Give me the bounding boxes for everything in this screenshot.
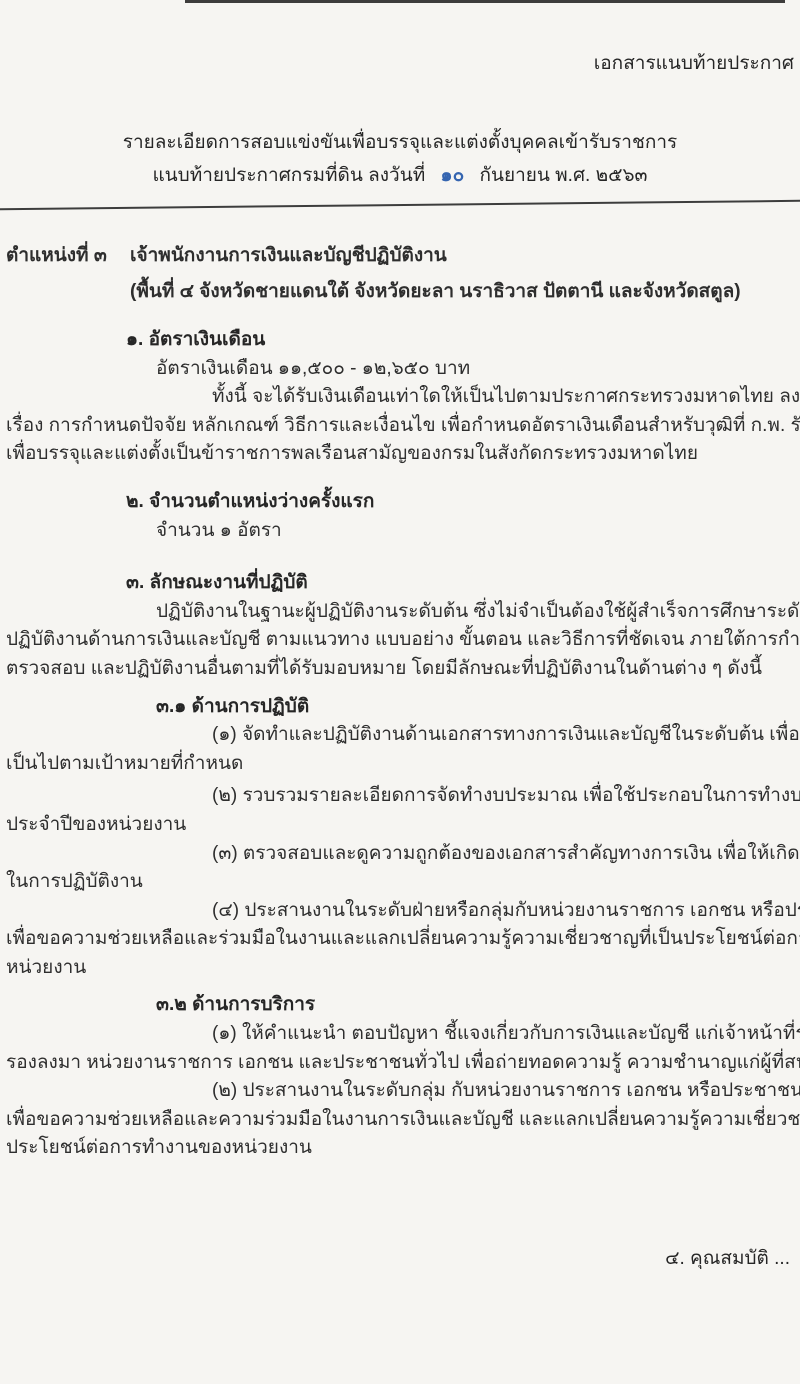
document-title-line2: แนบท้ายประกาศกรมที่ดิน ลงวันที่ ๑๐ กันยา… [0,159,800,192]
list-item: (๑) ให้คำแนะนำ ตอบปัญหา ชี้แจงเกี่ยวกับก… [0,1020,800,1049]
body-line: หน่วยงาน [0,954,800,983]
position-number-label: ตำแหน่งที่ ๓ [6,238,130,310]
position-title-area: (พื้นที่ ๔ จังหวัดชายแดนใต้ จังหวัดยะลา … [130,274,741,310]
list-item: (๓) ตรวจสอบและดูความถูกต้องของเอกสารสำคั… [0,840,800,869]
horizontal-divider [0,200,800,210]
body-line: เพื่อขอความช่วยเหลือและร่วมมือในงานและแล… [0,925,800,954]
scan-edge-artifact [185,0,785,3]
doc-attachment-label: เอกสารแนบท้ายประกาศ [594,48,794,78]
body-line: ตรวจสอบ และปฏิบัติงานอื่นตามที่ได้รับมอบ… [0,655,800,684]
section-heading-2: ๒. จำนวนตำแหน่งว่างครั้งแรก [0,488,800,517]
subsection-heading-3-2: ๓.๒ ด้านการบริการ [0,991,800,1020]
list-item: (๒) รวบรวมรายละเอียดการจัดทำงบประมาณ เพื… [0,782,800,811]
subsection-heading-3-1: ๓.๑ ด้านการปฏิบัติ [0,693,800,722]
section-heading-1: ๑. อัตราเงินเดือน [0,326,800,355]
document-title-block: รายละเอียดการสอบแข่งขันเพื่อบรรจุและแต่ง… [0,126,800,192]
body-line: รองลงมา หน่วยงานราชการ เอกชน และประชาชนท… [0,1049,800,1078]
body-line: เป็นไปตามเป้าหมายที่กำหนด [0,750,800,779]
document-body: ๑. อัตราเงินเดือน อัตราเงินเดือน ๑๑,๕๐๐ … [0,326,800,1163]
position-title: เจ้าพนักงานการเงินและบัญชีปฏิบัติงาน (พื… [130,238,741,310]
list-item: (๔) ประสานงานในระดับฝ่ายหรือกลุ่มกับหน่ว… [0,897,800,926]
title-line2-suffix: กันยายน พ.ศ. ๒๕๖๓ [479,165,647,186]
body-line: จำนวน ๑ อัตรา [0,517,800,546]
list-item: (๒) ประสานงานในระดับกลุ่ม กับหน่วยงานราช… [0,1077,800,1106]
body-line: ประจำปีของหน่วยงาน [0,811,800,840]
stamped-date-day: ๑๐ [431,165,475,186]
body-line: ปฏิบัติงานในฐานะผู้ปฏิบัติงานระดับต้น ซึ… [0,598,800,627]
body-line: ในการปฏิบัติงาน [0,868,800,897]
body-line: ประโยชน์ต่อการทำงานของหน่วยงาน [0,1134,800,1163]
position-block: ตำแหน่งที่ ๓ เจ้าพนักงานการเงินและบัญชีป… [6,238,800,310]
list-item: (๑) จัดทำและปฏิบัติงานด้านเอกสารทางการเง… [0,721,800,750]
position-title-name: เจ้าพนักงานการเงินและบัญชีปฏิบัติงาน [130,238,741,274]
section-heading-3: ๓. ลักษณะงานที่ปฏิบัติ [0,569,800,598]
body-line: อัตราเงินเดือน ๑๑,๕๐๐ - ๑๒,๖๕๐ บาท [0,355,800,384]
body-line: เพื่อบรรจุและแต่งตั้งเป็นข้าราชการพลเรือ… [0,440,800,469]
title-line2-prefix: แนบท้ายประกาศกรมที่ดิน ลงวันที่ [152,165,425,186]
body-line: เพื่อขอความช่วยเหลือและความร่วมมือในงานก… [0,1106,800,1135]
body-line: ปฏิบัติงานด้านการเงินและบัญชี ตามแนวทาง … [0,626,800,655]
next-page-catchword: ๔. คุณสมบัติ ... [665,1243,790,1273]
document-title-line1: รายละเอียดการสอบแข่งขันเพื่อบรรจุและแต่ง… [0,126,800,159]
body-line: ทั้งนี้ จะได้รับเงินเดือนเท่าใดให้เป็นไป… [0,383,800,412]
scanned-document-page: เอกสารแนบท้ายประกาศ รายละเอียดการสอบแข่ง… [0,0,800,1384]
body-line: เรื่อง การกำหนดปัจจัย หลักเกณฑ์ วิธีการแ… [0,412,800,441]
